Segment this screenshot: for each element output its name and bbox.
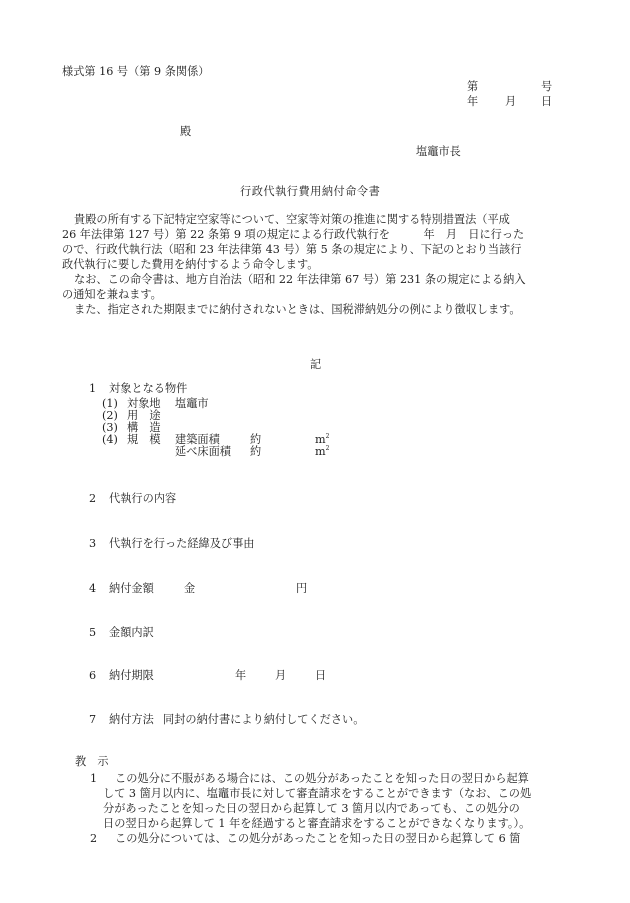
- form-number: 様式第 16 号（第 9 条関係）: [62, 64, 209, 79]
- issuer: 塩竈市長: [416, 144, 461, 159]
- doc-number-prefix: 第: [467, 79, 478, 94]
- date-day: 日: [541, 94, 552, 109]
- body-line: なお、この命令書は、地方自治法（昭和 22 年法律第 67 号）第 231 条の…: [62, 272, 567, 287]
- item-7: 7納付方法同封の納付書により納付してください。: [89, 712, 364, 727]
- body-line: また、指定された期限までに納付されないときは、国税滞納処分の例により徴収します。: [62, 302, 567, 317]
- instruction-2-number: 2: [90, 831, 97, 846]
- instruction-heading: 教 示: [75, 754, 109, 769]
- item-6: 6納付期限年月日: [89, 668, 326, 683]
- body-line: ので、行政代執行法（昭和 23 年法律第 43 号）第 5 条の規定により、下記…: [62, 242, 567, 257]
- item-1: 1対象となる物件: [89, 381, 187, 396]
- date-year: 年: [467, 94, 478, 109]
- addressee-suffix: 殿: [180, 124, 191, 139]
- item-3: 3代執行を行った経緯及び事由: [89, 536, 254, 551]
- instruction-1-number: 1: [90, 771, 97, 786]
- doc-number-suffix: 号: [541, 79, 552, 94]
- body-line: の通知を兼ねます。: [62, 287, 567, 302]
- body-line: 政代執行に要した費用を納付するよう命令します。: [62, 257, 567, 272]
- body-line: 26 年法律第 127 号）第 22 条第 9 項の規定による行政代執行を 年 …: [62, 227, 567, 242]
- date-month: 月: [505, 94, 516, 109]
- item-4: 4納付金額金円: [89, 581, 307, 596]
- document-title: 行政代執行費用納付命令書: [240, 184, 380, 199]
- ki-label: 記: [310, 357, 321, 372]
- body-line: 貴殿の所有する下記特定空家等について、空家等対策の推進に関する特別措置法（平成: [62, 212, 567, 227]
- instruction-1: この処分に不服がある場合には、この処分があったことを知った日の翌日から起算 して…: [103, 771, 531, 831]
- body-paragraph-2: なお、この命令書は、地方自治法（昭和 22 年法律第 67 号）第 231 条の…: [62, 272, 567, 302]
- instruction-2: この処分については、この処分があったことを知った日の翌日から起算して 6 箇: [103, 831, 520, 846]
- item-2: 2代執行の内容: [89, 491, 176, 506]
- item-1-sub-4-floor: 延べ床面積約m2: [175, 444, 329, 459]
- body-paragraph-3: また、指定された期限までに納付されないときは、国税滞納処分の例により徴収します。: [62, 302, 567, 317]
- square-meter-unit: m2: [315, 445, 329, 458]
- item-5: 5金額内訳: [89, 625, 154, 640]
- body-paragraph-1: 貴殿の所有する下記特定空家等について、空家等対策の推進に関する特別措置法（平成 …: [62, 212, 567, 272]
